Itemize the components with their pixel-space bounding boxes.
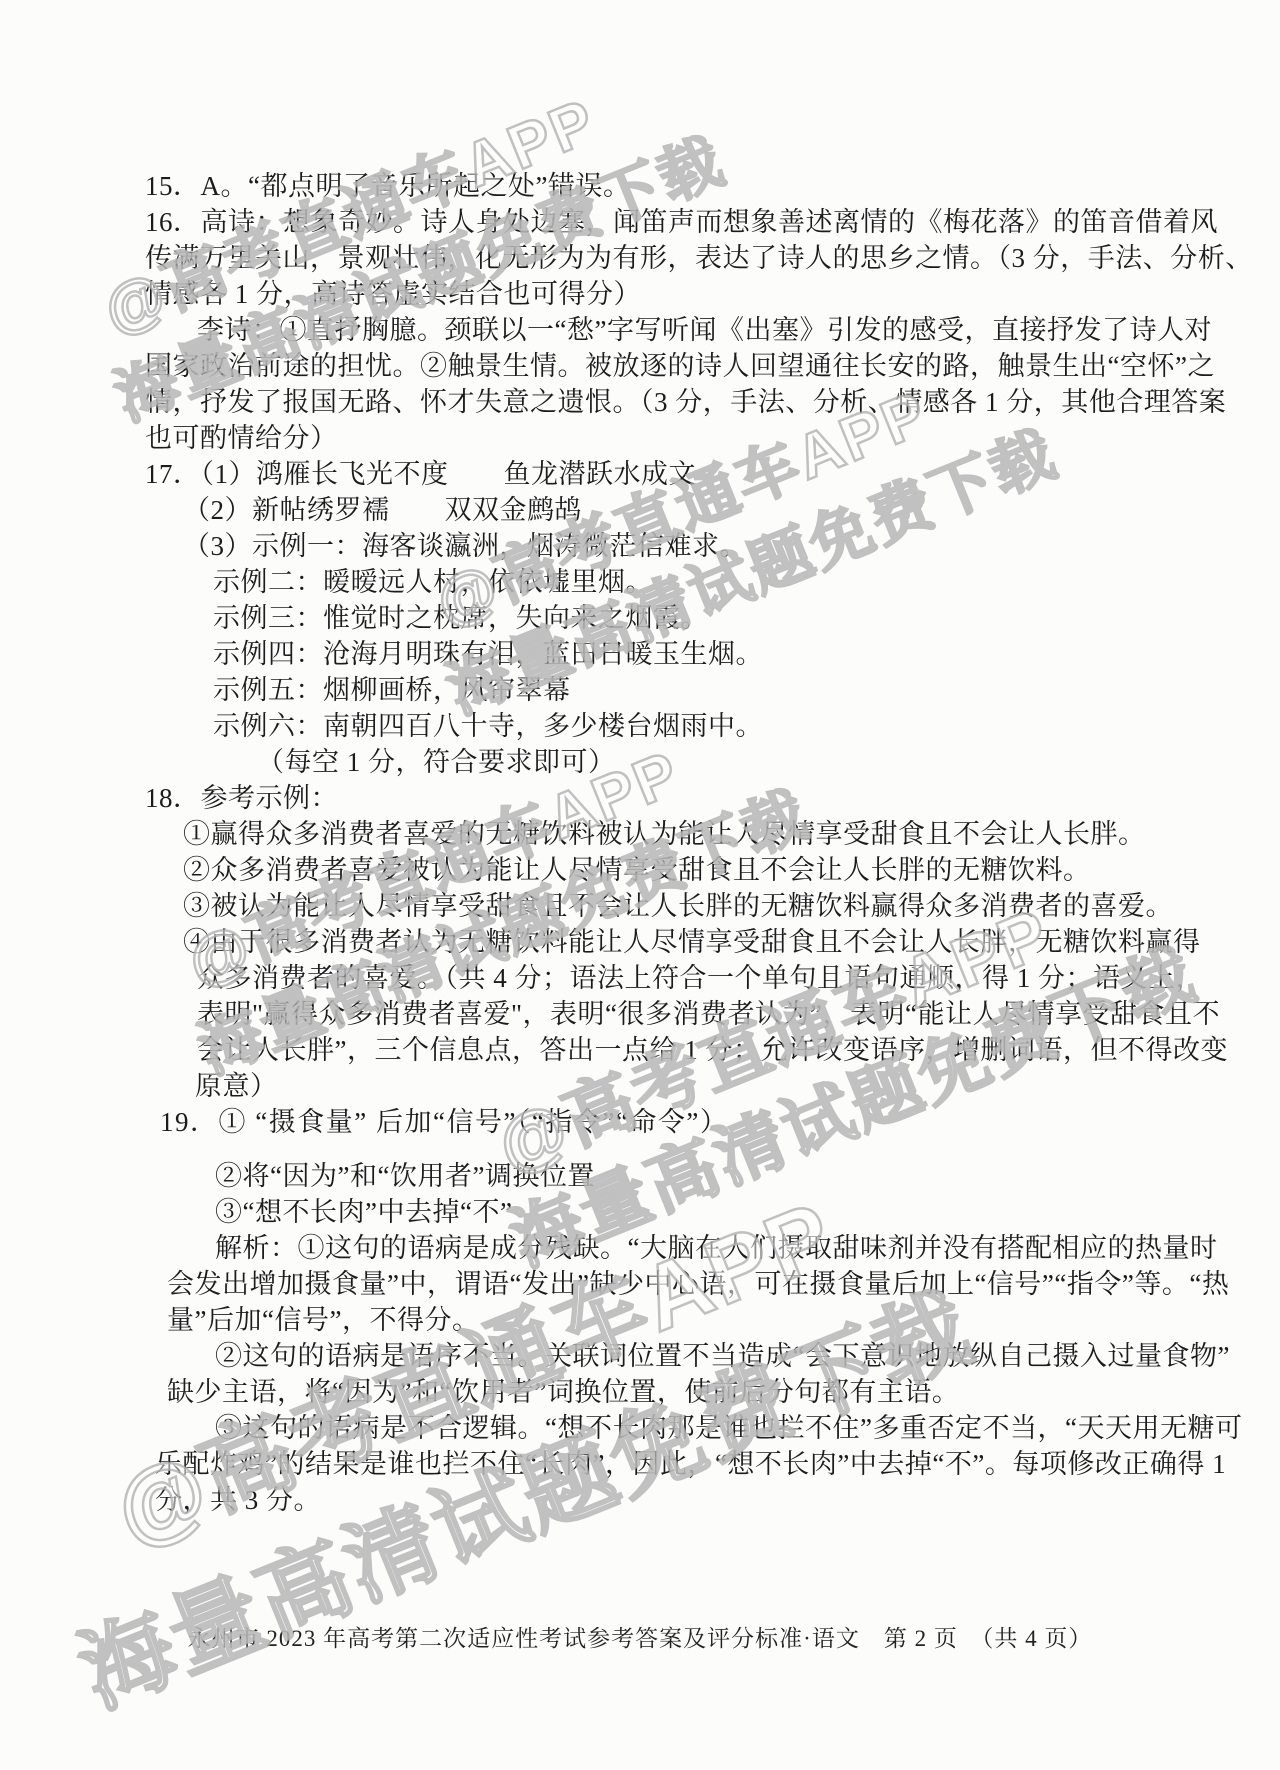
answer-line: ③这句的语病是不合逻辑。“想不长肉那是谁也拦不住”多重否定不当，“天天用无糖可 [215,1410,1145,1446]
footer-text: 永州市 2023 年高考第二次适应性考试参考答案及评分标准·语文 第 2 页 （… [188,1626,1093,1651]
answer-content: 15．A。“都点明了音乐所起之处”错误。16．高诗：想象奇妙。诗人身处边塞，闻笛… [145,168,1145,1518]
answer-line: ③被认为能让人尽情享受甜食且不会让人长胖的无糖饮料赢得众多消费者的喜爱。 [183,888,1145,924]
page-footer: 永州市 2023 年高考第二次适应性考试参考答案及评分标准·语文 第 2 页 （… [0,1620,1280,1653]
answer-line: ②将“因为”和“饮用者”调换位置 [215,1158,1145,1194]
document-page: 15．A。“都点明了音乐所起之处”错误。16．高诗：想象奇妙。诗人身处边塞，闻笛… [0,0,1280,1770]
answer-line: 示例二：暧暧远人村，依依墟里烟。 [213,564,1145,600]
answer-line: 会让人长胖”，三个信息点，答出一点给 1 分；允许改变语序，增删词语，但不得改变 [197,1032,1145,1068]
answer-line: ②这句的语病是语序不当。关联词位置不当造成“会下意识地放纵自己摄入过量食物” [215,1338,1145,1374]
answer-line: 示例三：惟觉时之枕席，失向来之烟霞。 [213,600,1145,636]
answer-line: 示例四：沧海月明珠有泪，蓝田日暖玉生烟。 [213,636,1145,672]
answer-line: 也可酌情给分） [145,420,1145,456]
answer-line: 情，抒发了报国无路、怀才失意之遗恨。（3 分，手法、分析、情感各 1 分，其他合… [145,384,1145,420]
answer-line: 17．（1）鸿雁长飞光不度 鱼龙潜跃水成文 [145,456,1145,492]
answer-line: 众多消费者的喜爱。（共 4 分；语法上符合一个单句且语句通顺，得 1 分；语义上… [197,960,1145,996]
answer-line: ④由于很多消费者认为无糖饮料能让人尽情享受甜食且不会让人长胖，无糖饮料赢得 [183,924,1145,960]
answer-line: 原意） [195,1068,1145,1104]
answer-line: 16．高诗：想象奇妙。诗人身处边塞，闻笛声而想象善述离情的《梅花落》的笛音借着风 [145,204,1145,240]
answer-line: 示例六：南朝四百八十寺，多少楼台烟雨中。 [213,708,1145,744]
answer-line: 国家政治前途的担忧。②触景生情。被放逐的诗人回望通往长安的路，触景生出“空怀”之 [145,348,1145,384]
answer-line: 传满万里关山，景观壮伟，化无形为为有形，表达了诗人的思乡之情。（3 分，手法、分… [145,240,1145,276]
answer-line: 乐配炸鸡”的结果是谁也拦不住“长肉”，因此，“想不长肉”中去掉“不”。每项修改正… [155,1446,1145,1482]
answer-line: ③“想不长肉”中去掉“不” [215,1194,1145,1230]
answer-line: 缺少主语，将“因为”和“饮用者”词换位置，使前后分句都有主语。 [167,1374,1145,1410]
answer-line: 示例五：烟柳画桥，风帘翠幕 [213,672,1145,708]
answer-line: 表明"赢得众多消费者喜爱"，表明“很多消费者认为”，表明“能让人尽情享受甜食且不 [197,996,1145,1032]
answer-line: 15．A。“都点明了音乐所起之处”错误。 [145,168,1145,204]
answer-line: （每空 1 分，符合要求即可） [257,744,1145,780]
answer-line: 19．① “摄食量” 后加“信号”（“指令”“命令”） [160,1104,1145,1140]
answer-line: 情感各 1 分，高诗答虚实结合也可得分） [145,276,1145,312]
answer-line: 李诗：①直抒胸臆。颈联以一“愁”字写听闻《出塞》引发的感受，直接抒发了诗人对 [197,312,1145,348]
answer-line: 会发出增加摄食量”中，谓语“发出”缺少中心语，可在摄食量后加上“信号”“指令”等… [167,1266,1145,1302]
answer-line: （3）示例一：海客谈瀛洲，烟涛微茫信难求。 [183,528,1145,564]
answer-line: （2）新帖绣罗襦 双双金鹧鸪 [183,492,1145,528]
answer-line: 分，共 3 分。 [155,1482,1145,1518]
answer-line: 解析：①这句的语病是成分残缺。“大脑在人们摄取甜味剂并没有搭配相应的热量时 [215,1230,1145,1266]
answer-line: 量”后加“信号”，不得分。 [167,1302,1145,1338]
answer-line: ①赢得众多消费者喜爱的无糖饮料被认为能让人尽情享受甜食且不会让人长胖。 [183,816,1145,852]
answer-line: ②众多消费者喜爱被认为能让人尽情享受甜食且不会让人长胖的无糖饮料。 [183,852,1145,888]
answer-line: 18．参考示例： [145,780,1145,816]
